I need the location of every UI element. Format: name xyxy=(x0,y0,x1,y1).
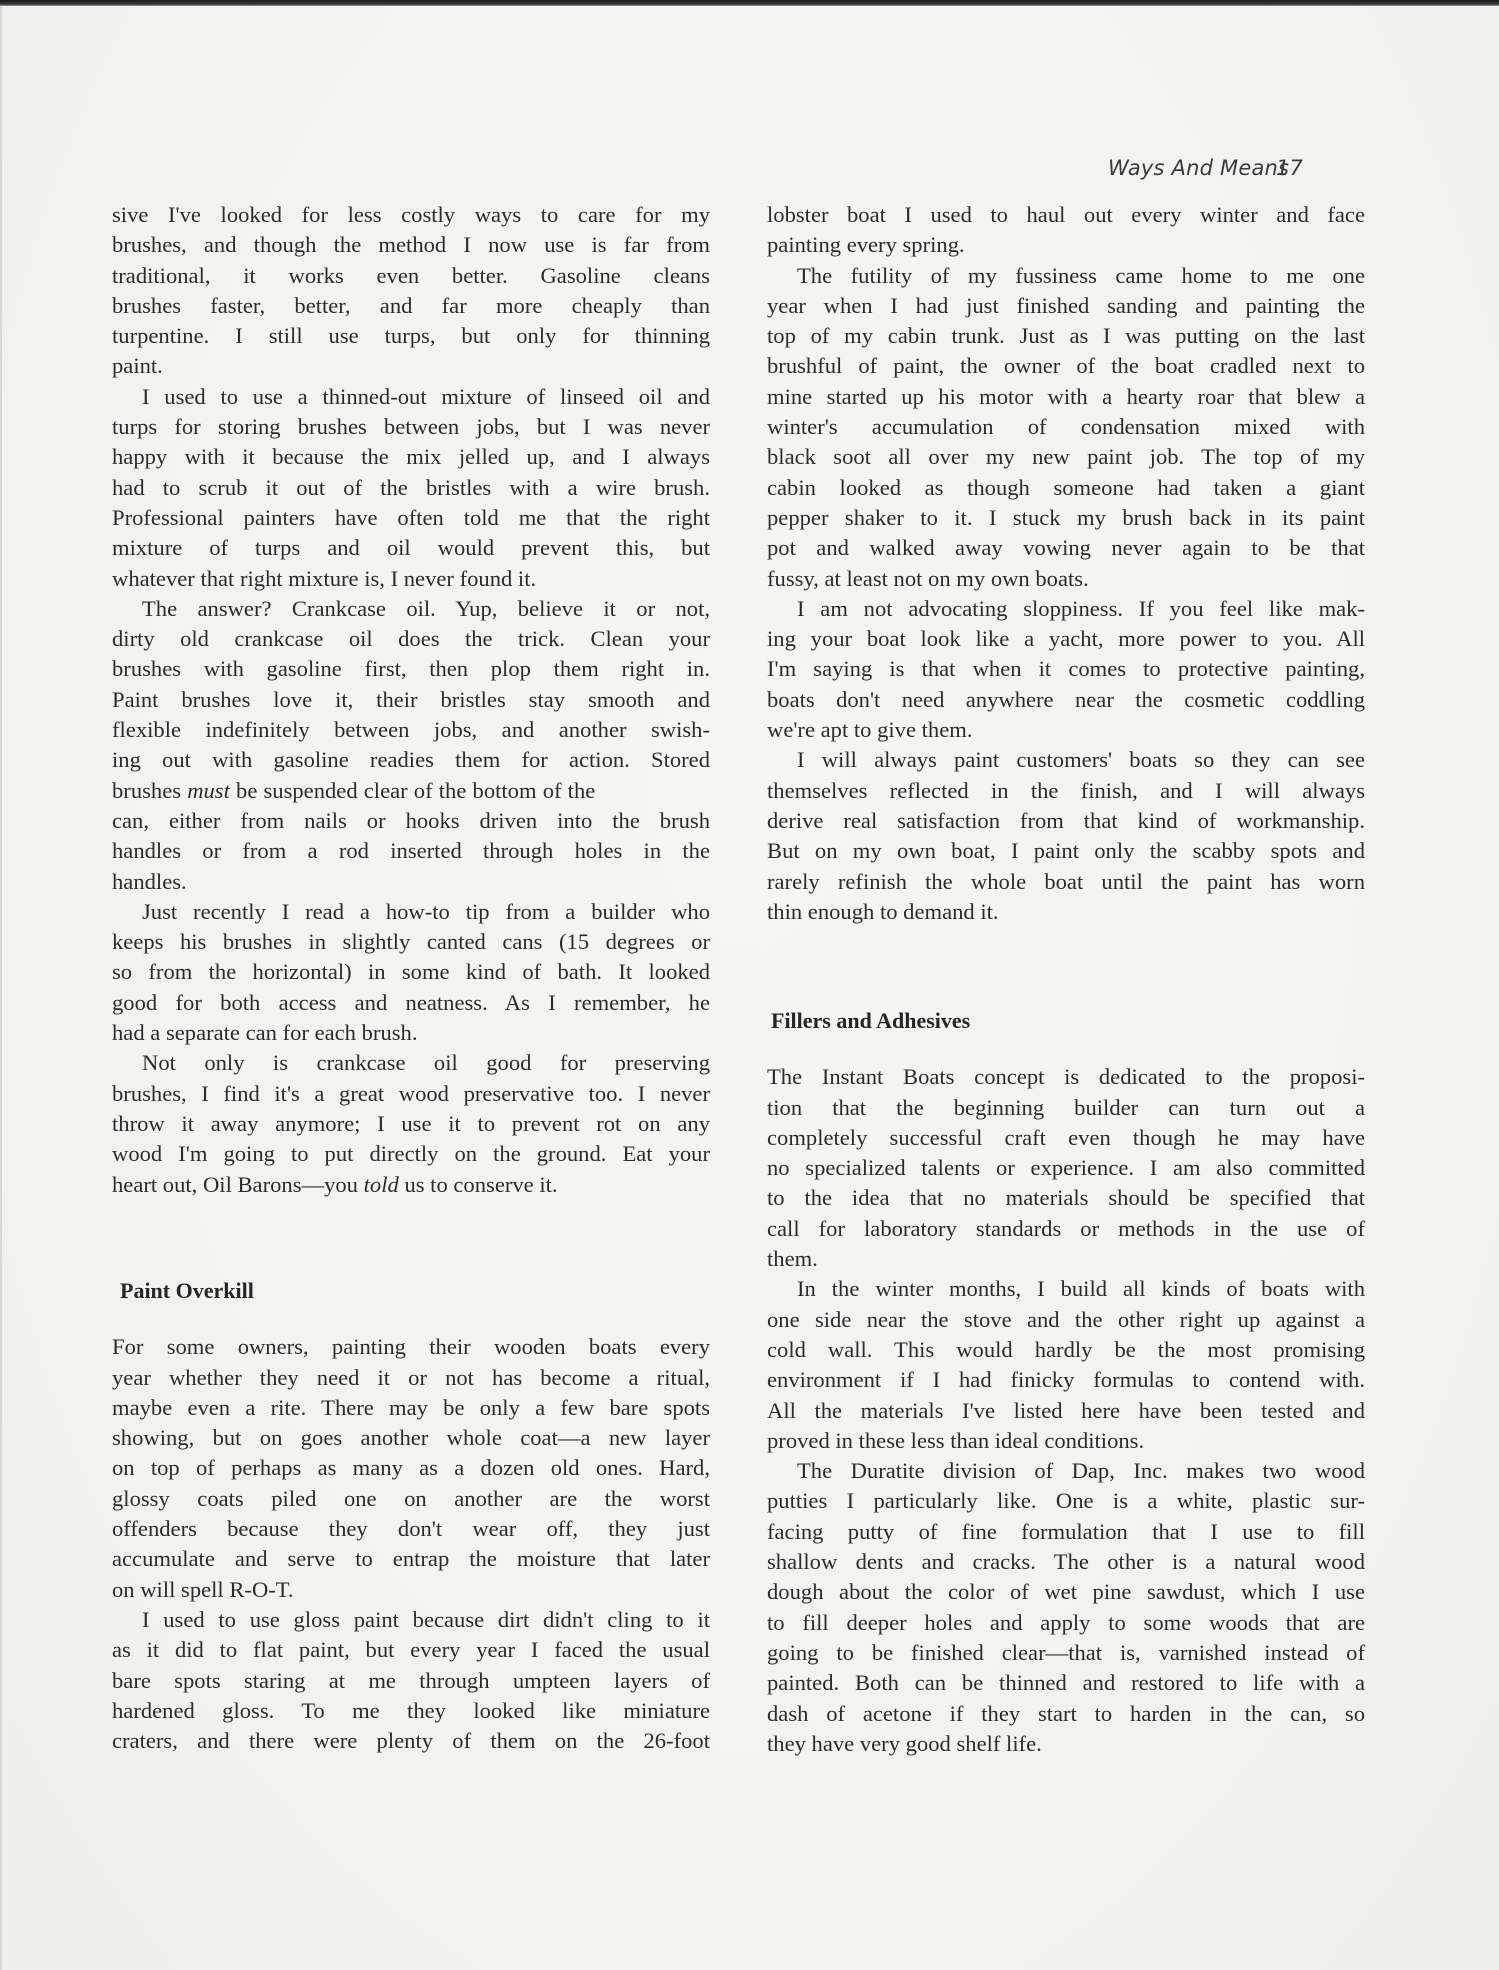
section-heading: Paint Overkill xyxy=(112,1276,710,1306)
text-segment: be suspended clear of the bottom of the xyxy=(230,778,595,803)
text-line: cabin looked as though someone had taken… xyxy=(767,473,1365,503)
text-line: pot and walked away vowing never again t… xyxy=(767,533,1365,563)
text-line: brushful of paint, the owner of the boat… xyxy=(767,351,1365,381)
text-line: happy with it because the mix jelled up,… xyxy=(112,442,710,472)
text-line: lobster boat I used to haul out every wi… xyxy=(767,200,1365,230)
text-line: on will spell R-O-T. xyxy=(112,1575,710,1605)
text-line: tion that the beginning builder can turn… xyxy=(767,1093,1365,1123)
text-line: But on my own boat, I paint only the sca… xyxy=(767,836,1365,866)
text-line: pepper shaker to it. I stuck my brush ba… xyxy=(767,503,1365,533)
text-line: paint. xyxy=(112,351,710,381)
text-line: to the idea that no materials should be … xyxy=(767,1183,1365,1213)
text-line: so from the horizontal) in some kind of … xyxy=(112,957,710,987)
running-title: Ways And Means xyxy=(1108,156,1289,180)
text-line: as it did to flat paint, but every year … xyxy=(112,1635,710,1665)
text-segment: us to conserve it. xyxy=(399,1172,558,1197)
right-column: lobster boat I used to haul out every wi… xyxy=(767,200,1365,927)
text-line: The futility of my fussiness came home t… xyxy=(767,261,1365,291)
text-line: no specialized talents or experience. I … xyxy=(767,1153,1365,1183)
text-line: heart out, Oil Barons—you told us to con… xyxy=(112,1170,710,1200)
text-line: For some owners, painting their wooden b… xyxy=(112,1332,710,1362)
text-line: The Instant Boats concept is dedicated t… xyxy=(767,1062,1365,1092)
text-line: In the winter months, I build all kinds … xyxy=(767,1274,1365,1304)
text-line: painting every spring. xyxy=(767,230,1365,260)
text-line: they have very good shelf life. xyxy=(767,1729,1365,1759)
page-number: 17 xyxy=(1276,156,1303,180)
text-line: whatever that right mixture is, I never … xyxy=(112,564,710,594)
text-line: The Duratite division of Dap, Inc. makes… xyxy=(767,1456,1365,1486)
text-line: going to be finished clear—that is, varn… xyxy=(767,1638,1365,1668)
text-line: call for laboratory standards or methods… xyxy=(767,1214,1365,1244)
text-line: craters, and there were plenty of them o… xyxy=(112,1726,710,1756)
text-line: shallow dents and cracks. The other is a… xyxy=(767,1547,1365,1577)
text-line: I am not advocating sloppiness. If you f… xyxy=(767,594,1365,624)
text-line: brushes with gasoline first, then plop t… xyxy=(112,654,710,684)
text-line: facing putty of fine formulation that I … xyxy=(767,1517,1365,1547)
text-line: keeps his brushes in slightly canted can… xyxy=(112,927,710,957)
text-line: putties I particularly like. One is a wh… xyxy=(767,1486,1365,1516)
text-line: Not only is crankcase oil good for prese… xyxy=(112,1048,710,1078)
left-column: sive I've looked for less costly ways to… xyxy=(112,200,710,1200)
text-line: brushes must be suspended clear of the b… xyxy=(112,776,710,806)
text-line: winter's accumulation of condensation mi… xyxy=(767,412,1365,442)
text-line: bare spots staring at me through umpteen… xyxy=(112,1666,710,1696)
text-line: dash of acetone if they start to harden … xyxy=(767,1699,1365,1729)
text-line: proved in these less than ideal conditio… xyxy=(767,1426,1365,1456)
text-line: I used to use a thinned-out mixture of l… xyxy=(112,382,710,412)
text-line: flexible indefinitely between jobs, and … xyxy=(112,715,710,745)
text-line: boats don't need anywhere near the cosme… xyxy=(767,685,1365,715)
emphasis-text: told xyxy=(364,1172,399,1197)
text-line: had a separate can for each brush. xyxy=(112,1018,710,1048)
text-line: The answer? Crankcase oil. Yup, believe … xyxy=(112,594,710,624)
book-page: Ways And Means 17 sive I've looked for l… xyxy=(0,6,1499,1970)
text-line: brushes, I find it's a great wood preser… xyxy=(112,1079,710,1109)
text-line: brushes faster, better, and far more che… xyxy=(112,291,710,321)
text-line: throw it away anymore; I use it to preve… xyxy=(112,1109,710,1139)
text-line: black soot all over my new paint job. Th… xyxy=(767,442,1365,472)
emphasis-text: must xyxy=(187,778,230,803)
text-line: traditional, it works even better. Gasol… xyxy=(112,261,710,291)
text-line: I will always paint customers' boats so … xyxy=(767,745,1365,775)
text-line: I'm saying is that when it comes to prot… xyxy=(767,654,1365,684)
text-line: ing your boat look like a yacht, more po… xyxy=(767,624,1365,654)
text-line: Paint brushes love it, their bristles st… xyxy=(112,685,710,715)
text-line: rarely refinish the whole boat until the… xyxy=(767,867,1365,897)
text-line: one side near the stove and the other ri… xyxy=(767,1305,1365,1335)
text-line: on top of perhaps as many as a dozen old… xyxy=(112,1453,710,1483)
scan-edge-left xyxy=(0,6,2,1970)
text-line: offenders because they don't wear off, t… xyxy=(112,1514,710,1544)
text-line: dirty old crankcase oil does the trick. … xyxy=(112,624,710,654)
text-line: Just recently I read a how-to tip from a… xyxy=(112,897,710,927)
spacer xyxy=(112,1306,710,1332)
text-line: can, either from nails or hooks driven i… xyxy=(112,806,710,836)
text-line: accumulate and serve to entrap the moist… xyxy=(112,1544,710,1574)
text-line: showing, but on goes another whole coat—… xyxy=(112,1423,710,1453)
text-line: had to scrub it out of the bristles with… xyxy=(112,473,710,503)
text-line: environment if I had finicky formulas to… xyxy=(767,1365,1365,1395)
text-line: dough about the color of wet pine sawdus… xyxy=(767,1577,1365,1607)
text-line: to fill deeper holes and apply to some w… xyxy=(767,1608,1365,1638)
text-segment: brushes xyxy=(112,778,187,803)
text-line: wood I'm going to put directly on the gr… xyxy=(112,1139,710,1169)
text-line: ing out with gasoline readies them for a… xyxy=(112,745,710,775)
text-line: maybe even a rite. There may be only a f… xyxy=(112,1393,710,1423)
text-line: mixture of turps and oil would prevent t… xyxy=(112,533,710,563)
text-line: fussy, at least not on my own boats. xyxy=(767,564,1365,594)
text-line: we're apt to give them. xyxy=(767,715,1365,745)
text-line: cold wall. This would hardly be the most… xyxy=(767,1335,1365,1365)
text-line: I used to use gloss paint because dirt d… xyxy=(112,1605,710,1635)
section-paint-overkill: Paint Overkill For some owners, painting… xyxy=(112,1276,710,1756)
text-segment: heart out, Oil Barons—you xyxy=(112,1172,364,1197)
text-line: themselves reflected in the finish, and … xyxy=(767,776,1365,806)
text-line: year when I had just finished sanding an… xyxy=(767,291,1365,321)
text-line: handles. xyxy=(112,867,710,897)
text-line: Professional painters have often told me… xyxy=(112,503,710,533)
text-line: completely successful craft even though … xyxy=(767,1123,1365,1153)
spacer xyxy=(767,1036,1365,1062)
text-line: derive real satisfaction from that kind … xyxy=(767,806,1365,836)
text-line: turps for storing brushes between jobs, … xyxy=(112,412,710,442)
running-head: Ways And Means 17 xyxy=(1108,156,1289,180)
text-line: turpentine. I still use turps, but only … xyxy=(112,321,710,351)
text-line: brushes, and though the method I now use… xyxy=(112,230,710,260)
text-line: top of my cabin trunk. Just as I was put… xyxy=(767,321,1365,351)
section-fillers-and-adhesives: Fillers and Adhesives The Instant Boats … xyxy=(767,1006,1365,1759)
text-line: good for both access and neatness. As I … xyxy=(112,988,710,1018)
text-line: thin enough to demand it. xyxy=(767,897,1365,927)
text-line: glossy coats piled one on another are th… xyxy=(112,1484,710,1514)
text-line: mine started up his motor with a hearty … xyxy=(767,382,1365,412)
text-line: sive I've looked for less costly ways to… xyxy=(112,200,710,230)
text-line: them. xyxy=(767,1244,1365,1274)
section-heading: Fillers and Adhesives xyxy=(767,1006,1365,1036)
text-line: year whether they need it or not has bec… xyxy=(112,1363,710,1393)
text-line: painted. Both can be thinned and restore… xyxy=(767,1668,1365,1698)
text-line: handles or from a rod inserted through h… xyxy=(112,836,710,866)
text-line: All the materials I've listed here have … xyxy=(767,1396,1365,1426)
text-line: hardened gloss. To me they looked like m… xyxy=(112,1696,710,1726)
